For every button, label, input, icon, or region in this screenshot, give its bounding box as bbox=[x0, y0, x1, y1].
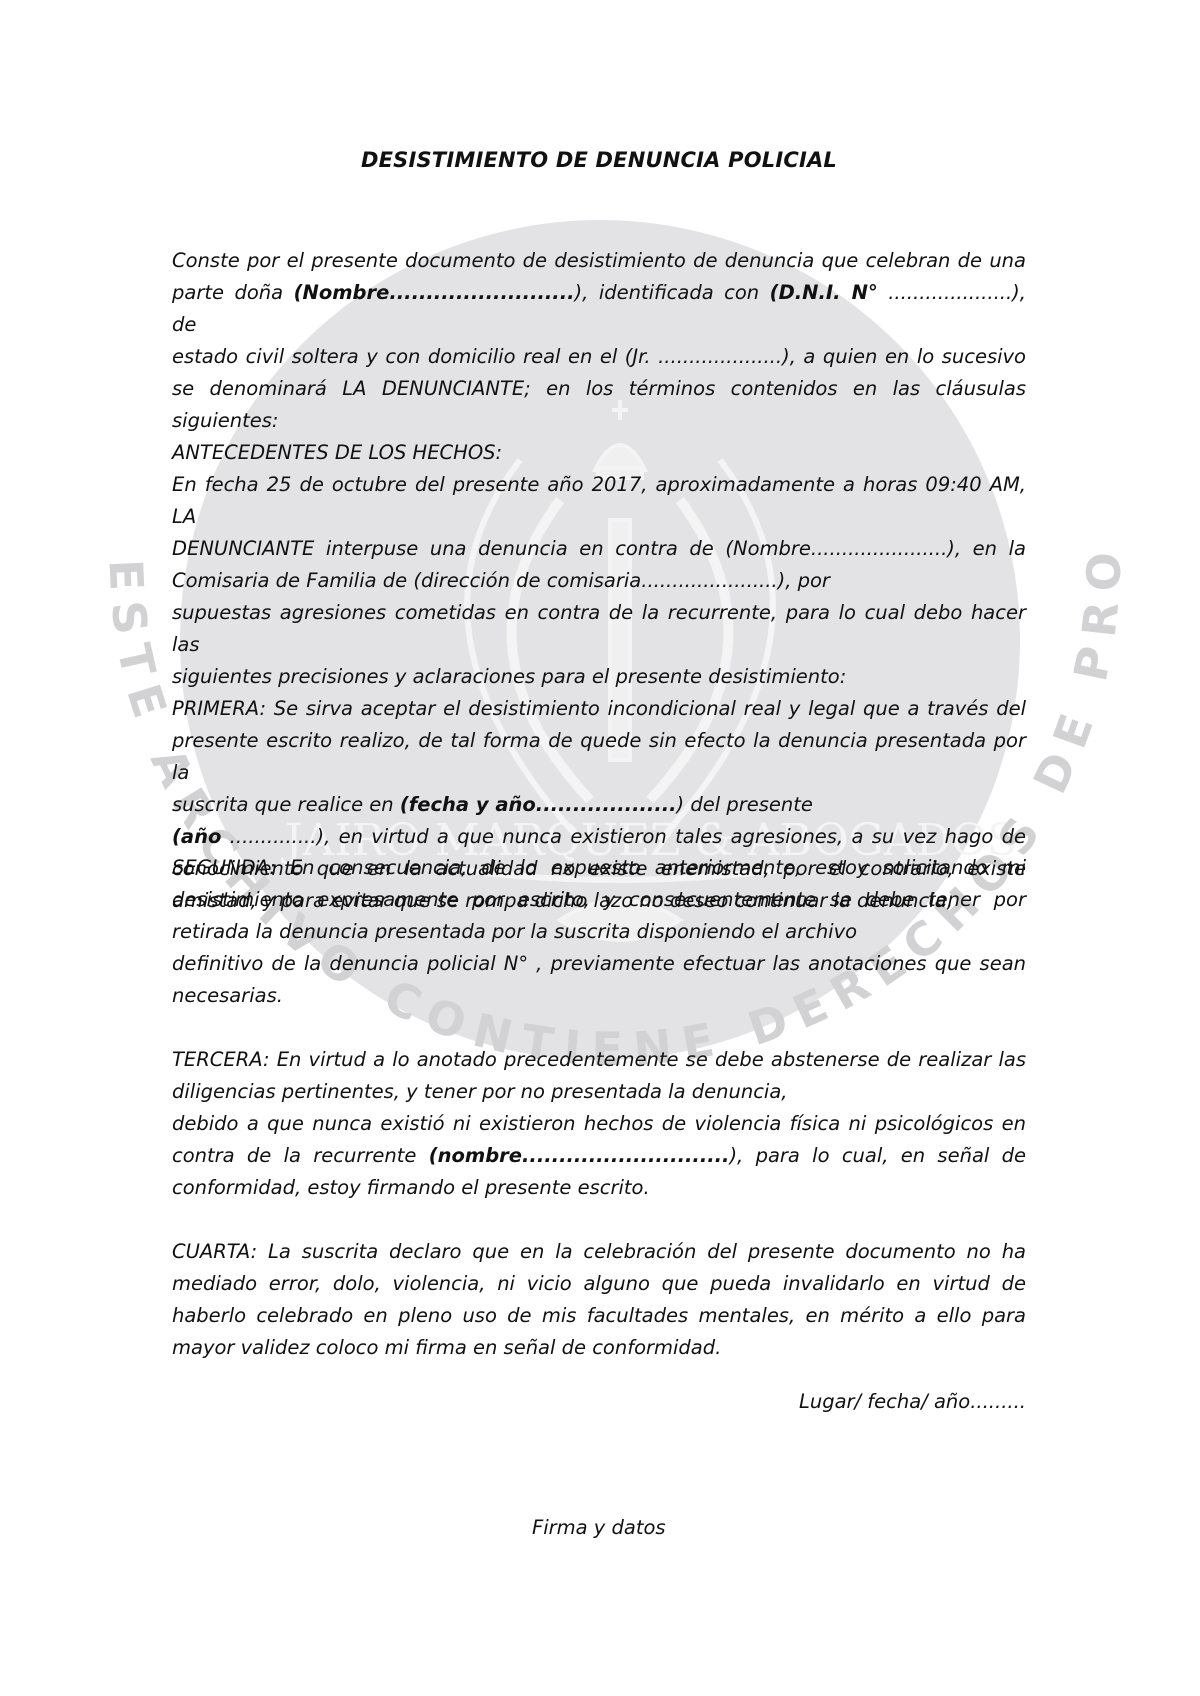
clause-segunda: SEGUNDA: En consecuencia, de lo expuesto… bbox=[172, 852, 1026, 1012]
text-line: siguientes precisiones y aclaraciones pa… bbox=[172, 661, 1026, 693]
text-line: presente escrito realizo, de tal forma d… bbox=[172, 725, 1026, 789]
text-line: necesarias. bbox=[172, 980, 1026, 1012]
text-line: definitivo de la denuncia policial N° , … bbox=[172, 948, 1026, 980]
text-line: conformidad, estoy firmando el presente … bbox=[172, 1172, 1026, 1204]
text-line: Comisaria de Familia de (dirección de co… bbox=[172, 565, 1026, 597]
intro-paragraph: Conste por el presente documento de desi… bbox=[172, 245, 1026, 437]
text-line: desistimiento expresamente por escrito, … bbox=[172, 884, 1026, 916]
text-line: diligencias pertinentes, y tener por no … bbox=[172, 1076, 1026, 1108]
text-line: estado civil soltera y con domicilio rea… bbox=[172, 341, 1026, 373]
place-date-line: Lugar/ fecha/ año......... bbox=[799, 1390, 1026, 1413]
text-line: (año ..............), en virtud a que nu… bbox=[172, 821, 1026, 853]
text-line: CUARTA: La suscrita declaro que en la ce… bbox=[172, 1236, 1026, 1268]
text-line: debido a que nunca existió ni existieron… bbox=[172, 1108, 1026, 1140]
clause-cuarta: CUARTA: La suscrita declaro que en la ce… bbox=[172, 1236, 1026, 1364]
text-line: siguientes: bbox=[172, 405, 1026, 437]
text-line: haberlo celebrado en pleno uso de mis fa… bbox=[172, 1300, 1026, 1332]
document-title: DESISTIMIENTO DE DENUNCIA POLICIAL bbox=[172, 148, 1026, 172]
text-line: DENUNCIANTE interpuse una denuncia en co… bbox=[172, 533, 1026, 565]
clause-tercera: TERCERA: En virtud a lo anotado preceden… bbox=[172, 1044, 1026, 1204]
antecedentes-section: ANTECEDENTES DE LOS HECHOS:En fecha 25 d… bbox=[172, 437, 1026, 917]
text-line: mediado error, dolo, violencia, ni vicio… bbox=[172, 1268, 1026, 1300]
text-line: se denominará LA DENUNCIANTE; en los tér… bbox=[172, 373, 1026, 405]
text-line: En fecha 25 de octubre del presente año … bbox=[172, 469, 1026, 533]
text-line: Conste por el presente documento de desi… bbox=[172, 245, 1026, 277]
text-line: supuestas agresiones cometidas en contra… bbox=[172, 597, 1026, 661]
placeholder-field: (Nombre......................... bbox=[294, 281, 575, 304]
signature-label: Firma y datos bbox=[532, 1516, 666, 1539]
placeholder-field: (D.N.I. N° bbox=[770, 281, 878, 304]
text-line: SEGUNDA: En consecuencia, de lo expuesto… bbox=[172, 852, 1026, 884]
text-line: TERCERA: En virtud a lo anotado preceden… bbox=[172, 1044, 1026, 1076]
placeholder-field: (año bbox=[172, 825, 221, 848]
text-line: ANTECEDENTES DE LOS HECHOS: bbox=[172, 437, 1026, 469]
placeholder-field: (nombre............................ bbox=[429, 1144, 730, 1167]
placeholder-field: (fecha y año................... bbox=[400, 793, 677, 816]
text-line: mayor validez coloco mi firma en señal d… bbox=[172, 1332, 1026, 1364]
text-line: retirada la denuncia presentada por la s… bbox=[172, 916, 1026, 948]
text-line: PRIMERA: Se sirva aceptar el desistimien… bbox=[172, 693, 1026, 725]
text-line: contra de la recurrente (nombre.........… bbox=[172, 1140, 1026, 1172]
text-line: parte doña (Nombre......................… bbox=[172, 277, 1026, 341]
text-line: suscrita que realice en (fecha y año....… bbox=[172, 789, 1026, 821]
